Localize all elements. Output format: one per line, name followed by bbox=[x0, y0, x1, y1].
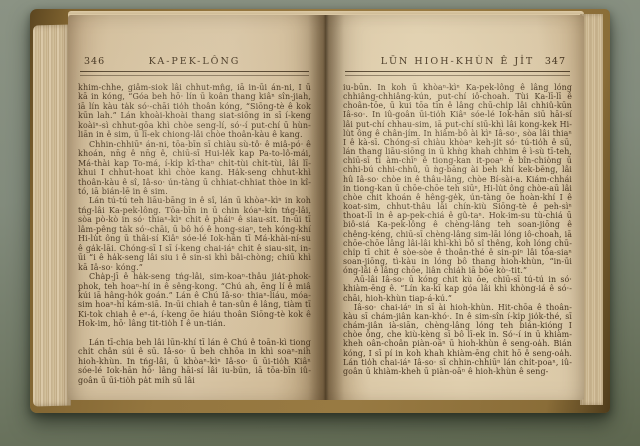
paragraph: iu-būn. In koh ū khòaⁿ-kìⁿ Ka-pek-lông ê… bbox=[343, 83, 572, 275]
page-spread: 346 KA-PEK-LÔNG khim-chhe, giâm-siok lâi… bbox=[68, 15, 584, 400]
running-title-left: KA-PEK-LÔNG bbox=[149, 55, 241, 68]
paragraph: Lán tī-chia beh lâi lūn-khí tī lán ê Chú… bbox=[78, 338, 311, 385]
left-page-header: 346 KA-PEK-LÔNG bbox=[78, 55, 311, 68]
running-title-right: LŪN HIOH-KHÙN Ê JI̍T bbox=[381, 55, 535, 68]
left-page-text: khim-chhe, giâm-siok lâi chhut-mn̂g, iā … bbox=[78, 83, 311, 385]
paragraph: Cha̍p-jī ê ha̍k-seng tńg-lâi, sim-koaⁿ-t… bbox=[78, 272, 311, 329]
paragraph: khim-chhe, giâm-siok lâi chhut-mn̂g, iā … bbox=[78, 83, 311, 140]
right-page-header: LŪN HIOH-KHÙN Ê JI̍T 347 bbox=[343, 55, 572, 68]
right-page: LŪN HIOH-KHÙN Ê JI̍T 347 iu-būn. In koh … bbox=[326, 15, 584, 400]
paragraph: Chhin-chhiūⁿ án-ni, tōa-bīn sī chiàu sù-… bbox=[78, 140, 311, 197]
paragraph: Aū-lâi Iâ-so· ū kóng chit kù ōe, chiū-sī… bbox=[343, 275, 572, 302]
page-number-right: 347 bbox=[545, 55, 566, 68]
book-photo: 346 KA-PEK-LÔNG khim-chhe, giâm-siok lâi… bbox=[0, 0, 640, 446]
page-number-left: 346 bbox=[84, 55, 105, 68]
open-book: 346 KA-PEK-LÔNG khim-chhe, giâm-siok lâi… bbox=[30, 9, 610, 413]
left-page: 346 KA-PEK-LÔNG khim-chhe, giâm-siok lâi… bbox=[68, 15, 326, 400]
paragraph: Iâ-so· chai-iáⁿ in sī ài hioh-khùn. Hit-… bbox=[343, 303, 572, 376]
header-rule-right bbox=[345, 71, 570, 76]
page-edges-left bbox=[33, 24, 71, 406]
paragraph: Lán tú-tú teh liāu-bāng in ê sî, lán ū k… bbox=[78, 196, 311, 272]
right-page-text: iu-būn. In koh ū khòaⁿ-kìⁿ Ka-pek-lông ê… bbox=[343, 83, 572, 376]
header-rule-left bbox=[80, 71, 309, 76]
